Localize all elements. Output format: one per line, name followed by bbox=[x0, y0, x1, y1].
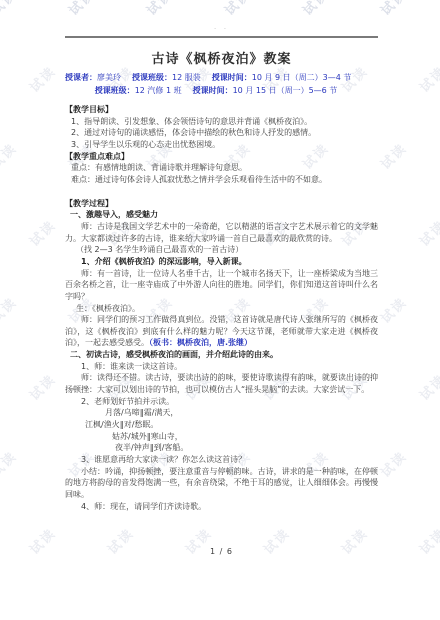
header-rule bbox=[65, 36, 378, 38]
page-title: 古诗《枫桥夜泊》教案 bbox=[65, 48, 378, 67]
document-page: 试读试读试读试读试读试读试读试读试读试读试读试读试读试读试读试读试读试读试读试读… bbox=[0, 0, 440, 620]
paragraph: 重点：有感情地朗读、背诵诗歌并理解诗句意思。 bbox=[65, 162, 378, 174]
meta-value: 廖美玲 bbox=[97, 73, 121, 82]
paragraph: 【教学目标】 bbox=[65, 104, 378, 116]
board-writing-note: （板书：枫桥夜泊，唐.张继） bbox=[149, 338, 252, 347]
meta-group: 授课班级：12 服装 bbox=[132, 73, 201, 82]
paragraph: 夜半/钟声‖到/客船。 bbox=[65, 442, 378, 454]
paragraph: 师：读得还不错。读古诗，要读出诗的韵味，要使诗歌读得有韵味，就要读出诗的抑扬顿挫… bbox=[65, 372, 378, 395]
header-note: · · bbox=[65, 26, 378, 34]
lesson-meta-line-1: 授课者：廖美玲授课班级：12 服装授课时间：10 月 9 日（周二）3—4 节 bbox=[65, 72, 378, 85]
lesson-content: 【教学目标】1、指导朗读、引发想象、体会领悟诗句的意思并背诵《枫桥夜泊》。2、通… bbox=[65, 104, 378, 512]
paragraph: 3、引导学生以乐观的心态走出忧愁困境。 bbox=[65, 139, 378, 151]
paragraph: 1、师：谁来读一读这首诗。 bbox=[65, 361, 378, 373]
paragraph: 4、师：现在，请同学们齐读诗歌。 bbox=[65, 501, 378, 513]
paragraph: 姑苏/城外‖寒山寺， bbox=[65, 431, 378, 443]
paragraph: 2、通过对诗句的诵读感悟，体会诗中描绘的秋色和诗人抒发的感情。 bbox=[65, 127, 378, 139]
paragraph: 【教学过程】 bbox=[65, 198, 378, 210]
paragraph: 2、老师划好节拍并示读。 bbox=[65, 396, 378, 408]
meta-label: 授课班级： bbox=[132, 73, 172, 82]
meta-label: 授课者： bbox=[65, 73, 97, 82]
paragraph: 月落/乌啼‖霜/满天， bbox=[65, 407, 378, 419]
paragraph: 江枫/渔火‖对/愁眠。 bbox=[65, 419, 378, 431]
meta-group: 授课时间：10 月 9 日（周二）3—4 节 bbox=[212, 73, 352, 82]
paragraph: 生：《枫桥夜泊》。 bbox=[65, 303, 378, 315]
meta-value: 12 服装 bbox=[172, 73, 201, 82]
paragraph: 二、初读古诗，感受枫桥夜泊的画面，并介绍此诗的由来。 bbox=[65, 349, 378, 361]
meta-group: 授课班级：12 汽修 1 班 bbox=[95, 86, 182, 95]
paragraph: 一、激趣导入，感受魅力 bbox=[65, 209, 378, 221]
paragraph: 【教学重点难点】 bbox=[65, 151, 378, 163]
meta-group: 授课者：廖美玲 bbox=[65, 73, 121, 82]
lesson-meta-line-2: 授课班级：12 汽修 1 班授课时间：10 月 15 日（周一）5—6 节 bbox=[65, 85, 378, 98]
paragraph: 师：有一首诗，让一位诗人名垂千古，让一个城市名扬天下，让一座桥梁成为当地三百余名… bbox=[65, 268, 378, 303]
meta-group: 授课时间：10 月 15 日（周一）5—6 节 bbox=[193, 86, 338, 95]
meta-label: 授课时间： bbox=[212, 73, 252, 82]
meta-label: 授课班级： bbox=[95, 86, 135, 95]
paragraph: 师：同学们的预习工作做得真到位。没错，这首诗就是唐代诗人张继所写的《枫桥夜泊》，… bbox=[65, 314, 378, 349]
meta-value: 10 月 15 日（周一）5—6 节 bbox=[233, 86, 338, 95]
paragraph: 小结：吟诵，抑扬顿挫，要注意重音与停顿韵味。古诗，讲求的是一种韵味，在停顿的地方… bbox=[65, 466, 378, 501]
page-number: 1 / 6 bbox=[65, 547, 378, 556]
meta-value: 12 汽修 1 班 bbox=[135, 86, 182, 95]
meta-label: 授课时间： bbox=[193, 86, 233, 95]
page-body: · · 古诗《枫桥夜泊》教案 授课者：廖美玲授课班级：12 服装授课时间：10 … bbox=[0, 0, 440, 556]
paragraph: 师：古诗是我国文学艺术中的一朵奇葩，它以精湛的语言文字艺术展示着它的文学魅力。大… bbox=[65, 221, 378, 244]
paragraph: 1、介绍《枫桥夜泊》的深远影响，导入新课。 bbox=[65, 256, 378, 268]
paragraph: 3、谁愿意再给大家读一读？你怎么读这首诗？ bbox=[65, 454, 378, 466]
paragraph: 1、指导朗读、引发想象、体会领悟诗句的意思并背诵《枫桥夜泊》。 bbox=[65, 116, 378, 128]
paragraph: （找 2—3 名学生吟诵自己最喜欢的一首古诗） bbox=[65, 244, 378, 256]
paragraph: 难点：通过诗句体会诗人孤寂忧愁之情并学会乐观看待生活中的不如意。 bbox=[65, 174, 378, 186]
meta-value: 10 月 9 日（周二）3—4 节 bbox=[252, 73, 352, 82]
